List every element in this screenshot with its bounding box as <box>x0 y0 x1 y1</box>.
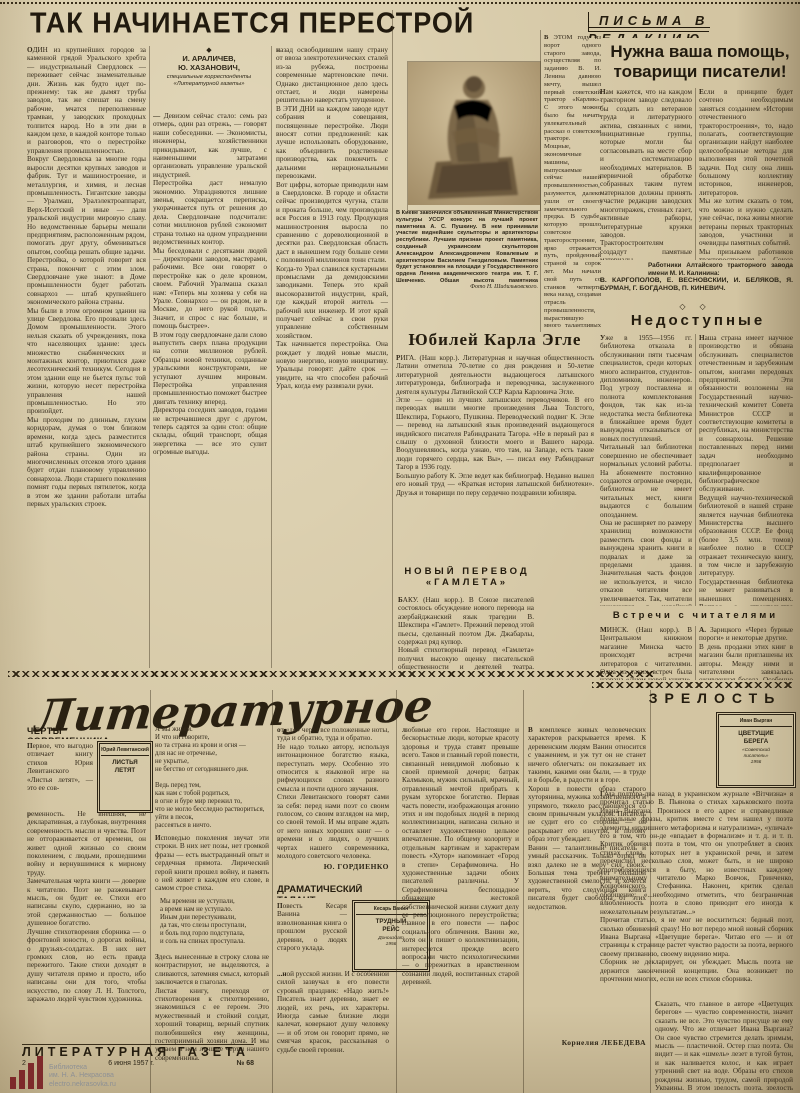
top-edge-rule <box>0 2 800 4</box>
book-author: Юрий Левитанский <box>101 747 149 756</box>
photo-credit: Фото Н. Шидильковского. <box>396 284 538 294</box>
zrelost-body: Года полтора-два назад в украинском журн… <box>600 790 793 996</box>
book-publisher: «Советский писатель» 1956 <box>720 748 792 766</box>
letters-col2: Если в принципе будет сочтено необходимы… <box>699 88 793 260</box>
diamonds-icon: ◇ ◇ <box>598 302 793 311</box>
newspaper-page: ТАК НАЧИНАЕТСЯ ПЕРЕСТРОЙКА... ◆ И. АРАЛИ… <box>0 0 800 1093</box>
column-rule <box>540 30 541 332</box>
perestroika-byline: ◆ И. АРАЛИЧЕВ, Ю. ХАЗАНОВИЧ, специальные… <box>153 46 265 106</box>
zrelost-book-box: Иван Вырган ЦВЕТУЩИЕ БЕРЕГА «Советский п… <box>716 712 796 788</box>
talant-lead: Повесть Кесаря Ванина — взволнованная кн… <box>277 902 347 966</box>
books-title: Недоступные книги <box>608 312 788 330</box>
perestroika-col1: ОДИН из крупнейших городов за каменной г… <box>27 46 146 668</box>
cherty-col3: от «до» через все положенные ноты, туда … <box>277 726 389 860</box>
hamlet-body: БАКУ. (Наш корр.). В Союзе писателей сос… <box>398 596 534 670</box>
photo-caption: В Киеве закончился объявленный Министерс… <box>396 210 538 282</box>
zigzag-divider <box>8 671 653 677</box>
column-rule <box>396 690 397 1093</box>
letters-col1: Нам кажется, что на каждом тракторном за… <box>600 88 692 260</box>
library-logo-icon <box>10 1056 43 1089</box>
letters-headline: Нужна ваша помощь, товарищи писатели! <box>606 42 794 84</box>
cherty-lead: Первое, что выгодно отличает книгу стихо… <box>27 742 93 806</box>
cherty-col1: ременность. Не внешняя, не декларативная… <box>27 810 146 1040</box>
column-rule <box>650 690 651 1093</box>
perestroika-col2: — Девизом сейчас стало: семь раз отмерь,… <box>153 112 267 668</box>
zigzag-divider <box>592 682 793 688</box>
books-col2: Наша страна имеет научное производство и… <box>699 334 793 606</box>
column-rule <box>150 690 151 1093</box>
column-rule <box>392 10 393 670</box>
egle-title: Юбилей Карла Эгле <box>396 330 594 350</box>
watermark-text: Библиотека им. Н. А. Некрасова electro.n… <box>49 1064 116 1090</box>
column-rule <box>523 690 524 1093</box>
egle-body: РИГА. (Наш корр.). Литературная и научна… <box>396 354 594 560</box>
hamlet-title: НОВЫЙ ПЕРЕВОД «ГАМЛЕТА» <box>400 566 534 592</box>
cherty-poem2: Мы времени не уступали, а время нам не у… <box>160 898 270 950</box>
zrelost-title: ЗРЕЛОСТЬ <box>640 690 790 706</box>
talant-signature: Корнелия ЛЕБЕДЕВА <box>528 1038 646 1047</box>
zrelost-lead-col <box>600 712 710 786</box>
issue-number: № 68 <box>236 1060 254 1067</box>
book-title: ЛИСТЬЯ ЛЕТЯТ <box>101 759 149 774</box>
perestroika-headline: ТАК НАЧИНАЕТСЯ ПЕРЕСТРОЙКА... <box>30 7 475 41</box>
letters-col0: В ЭТОМ году из ворот одного старого заво… <box>544 34 601 332</box>
cherty-poem1: А мы живем. И что ни говорите, но та стр… <box>155 726 269 830</box>
byline-role: специальные корреспонденты «Литературной… <box>153 74 265 88</box>
talant-col3: ...ной русской жизни. И с особенной сило… <box>277 970 389 1093</box>
perestroika-col3: назад освободившим нашу страну от ввоза … <box>276 46 388 668</box>
letters-signature-intro: Работники Алтайского тракторного завода … <box>648 262 793 276</box>
cherty-title: ЧЕРТЫ СОВРЕМЕННИКА <box>27 726 147 739</box>
column-rule <box>695 626 696 680</box>
byline-names: И. АРАЛИЧЕВ, Ю. ХАЗАНОВИЧ, <box>153 54 265 72</box>
talant-col4: любимые его герои. Настоящие и бескорыст… <box>402 726 519 1093</box>
meetings-col2: А. Зарицкого «Через бурные пороги» и нек… <box>699 626 793 680</box>
book-author: Иван Вырган <box>720 718 792 727</box>
book-title: ЦВЕТУЩИЕ БЕРЕГА <box>720 730 792 745</box>
diamond-icon: ◆ <box>153 46 265 54</box>
letters-kicker-box: ПИСЬМА В РЕДАКЦИЮ <box>588 12 788 38</box>
column-rule <box>149 46 150 668</box>
cherty-book-box: Юрий Левитанский ЛИСТЬЯ ЛЕТЯТ <box>97 741 153 813</box>
cherty-col2: Исповедью поколения звучат эти строки. В… <box>155 834 269 896</box>
library-watermark: Библиотека им. Н. А. Некрасова electro.n… <box>10 1056 116 1089</box>
statue-image <box>408 62 540 205</box>
column-rule <box>271 46 272 668</box>
letters-kicker: ПИСЬМА В РЕДАКЦИЮ <box>588 12 710 38</box>
books-col1: Уже в 1955—1956 гг. библиотека отказала … <box>600 334 692 606</box>
cherty-signature: Ю. ГОРДИЕНКО <box>277 862 389 871</box>
column-rule <box>272 690 273 1093</box>
talant-title: ДРАМАТИЧЕСКИЙ ТАЛАНТ <box>277 884 389 898</box>
meetings-title: Встречи с читателями <box>598 610 793 624</box>
pushkin-monument-photo <box>408 62 540 210</box>
letters-signatures: В. КАРГОПОЛОВ, Е. ВЕСНОВСКИЙ, И. БЕЛЯКОВ… <box>600 277 793 303</box>
zrelost-tail: Сказать, что главное в авторе «Цветущих … <box>655 1000 793 1090</box>
column-rule <box>695 88 696 260</box>
column-rule <box>695 334 696 606</box>
